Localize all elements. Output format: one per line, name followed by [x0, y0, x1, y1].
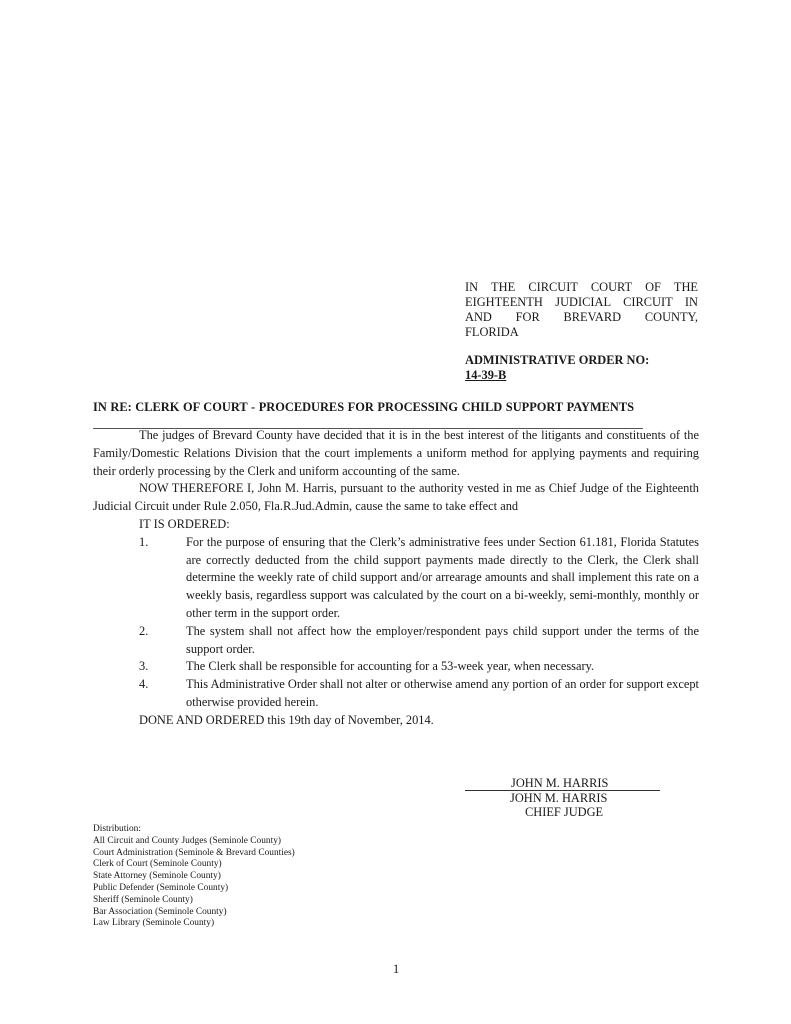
order-item: 3. The Clerk shall be responsible for ac…	[93, 658, 699, 676]
caption-line: AND FOR BREVARD COUNTY,	[465, 310, 698, 325]
order-number: 14-39-B	[465, 368, 649, 383]
distribution-heading: Distribution:	[93, 824, 295, 836]
printed-name: JOHN M. HARRIS	[465, 791, 645, 805]
order-label: ADMINISTRATIVE ORDER NO:	[465, 353, 649, 367]
in-re-heading: IN RE: CLERK OF COURT - PROCEDURES FOR P…	[93, 400, 634, 415]
distribution-recipient: Bar Association (Seminole County)	[93, 907, 295, 919]
signer-title: CHIEF JUDGE	[465, 805, 645, 819]
distribution-recipient: Court Administration (Seminole & Brevard…	[93, 848, 295, 860]
administrative-order-number: ADMINISTRATIVE ORDER NO: 14-39-B	[465, 353, 649, 383]
ordered-heading: IT IS ORDERED:	[93, 516, 699, 534]
order-item: 2. The system shall not affect how the e…	[93, 623, 699, 659]
item-number: 4.	[139, 676, 186, 712]
distribution-recipient: All Circuit and County Judges (Seminole …	[93, 836, 295, 848]
signature-name: JOHN M. HARRIS	[465, 776, 660, 791]
order-item: 1. For the purpose of ensuring that the …	[93, 534, 699, 623]
item-text: The system shall not affect how the empl…	[186, 623, 699, 659]
caption-line: IN THE CIRCUIT COURT OF THE	[465, 280, 698, 295]
item-number: 1.	[139, 534, 186, 623]
distribution-list: Distribution: All Circuit and County Jud…	[93, 824, 295, 930]
document-page: IN THE CIRCUIT COURT OF THE EIGHTEENTH J…	[0, 0, 791, 1024]
item-number: 3.	[139, 658, 186, 676]
authority-paragraph: NOW THEREFORE I, John M. Harris, pursuan…	[93, 480, 699, 516]
item-text: This Administrative Order shall not alte…	[186, 676, 699, 712]
caption-line: FLORIDA	[465, 325, 698, 340]
court-caption: IN THE CIRCUIT COURT OF THE EIGHTEENTH J…	[465, 280, 698, 340]
distribution-recipient: Sheriff (Seminole County)	[93, 895, 295, 907]
item-text: The Clerk shall be responsible for accou…	[186, 658, 699, 676]
order-body: The judges of Brevard County have decide…	[93, 427, 699, 730]
done-and-ordered-line: DONE AND ORDERED this 19th day of Novemb…	[93, 712, 699, 730]
page-number: 1	[393, 962, 399, 977]
item-number: 2.	[139, 623, 186, 659]
signature-block: JOHN M. HARRIS JOHN M. HARRIS CHIEF JUDG…	[465, 776, 645, 819]
distribution-recipient: State Attorney (Seminole County)	[93, 871, 295, 883]
item-text: For the purpose of ensuring that the Cle…	[186, 534, 699, 623]
intro-paragraph: The judges of Brevard County have decide…	[93, 427, 699, 480]
distribution-recipient: Law Library (Seminole County)	[93, 918, 295, 930]
distribution-recipient: Clerk of Court (Seminole County)	[93, 859, 295, 871]
order-item: 4. This Administrative Order shall not a…	[93, 676, 699, 712]
caption-line: EIGHTEENTH JUDICIAL CIRCUIT IN	[465, 295, 698, 310]
distribution-recipient: Public Defender (Seminole County)	[93, 883, 295, 895]
